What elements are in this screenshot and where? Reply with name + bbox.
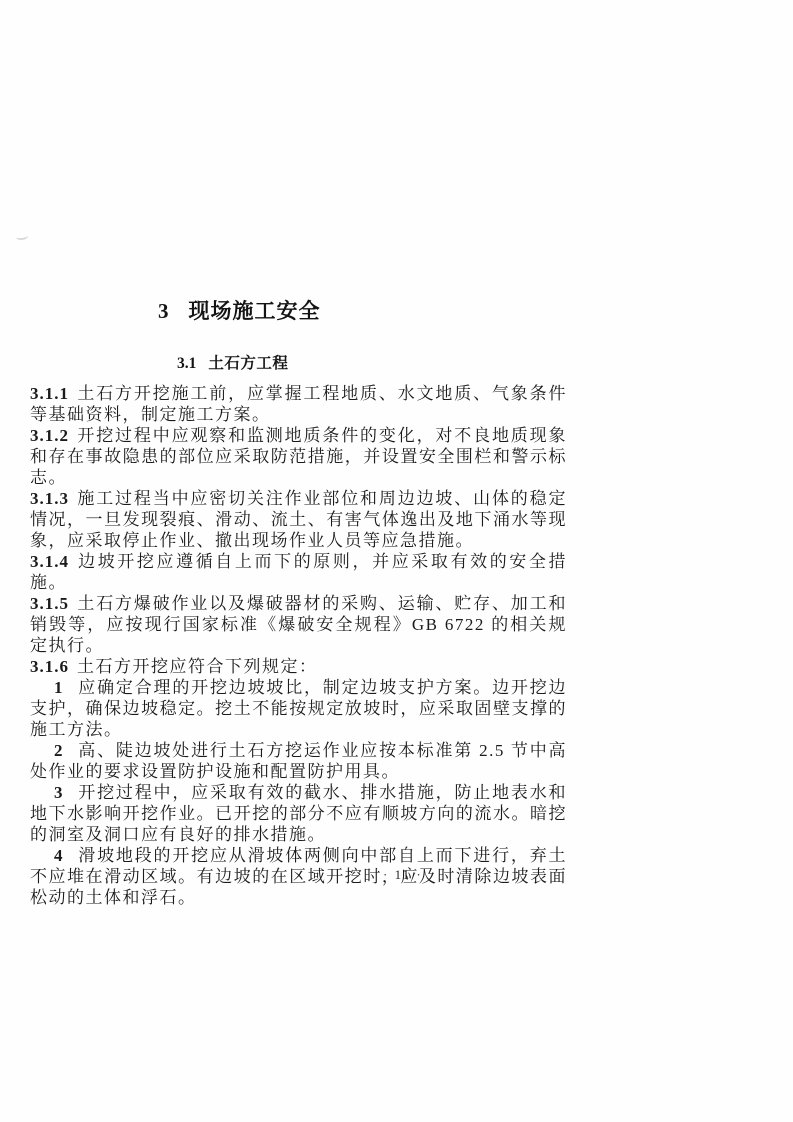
sub-item-text: 滑坡地段的开挖应从滑坡体两侧向中部自上而下进行，弃土不应堆在滑动区域。有边坡的在… — [30, 846, 567, 907]
clause-number: 3.1.5 — [30, 594, 69, 613]
chapter-title: 现场施工安全 — [189, 299, 321, 323]
clause-text: 土石方爆破作业以及爆破器材的采购、运输、贮存、加工和销毁等，应按现行国家标准《爆… — [30, 594, 567, 655]
clause-text: 边坡开挖应遵循自上而下的原则，并应采取有效的安全措施。 — [30, 552, 567, 592]
sub-item-3: 3开挖过程中，应采取有效的截水、排水措施，防止地表水和地下水影响开挖作业。已开挖… — [30, 782, 567, 845]
document-page: 3现场施工安全 3.1土石方工程 3.1.1土石方开挖施工前，应掌握工程地质、水… — [0, 0, 793, 1122]
chapter-heading: 3现场施工安全 — [158, 295, 321, 325]
sub-item-text: 应确定合理的开挖边坡坡比，制定边坡支护方案。边开挖边支护，确保边坡稳定。挖土不能… — [30, 678, 567, 739]
clause-text: 土石方开挖施工前，应掌握工程地质、水文地质、气象条件等基础资料，制定施工方案。 — [30, 384, 567, 424]
section-number: 3.1 — [177, 355, 196, 372]
sub-item-number: 2 — [54, 741, 64, 760]
sub-item-number: 1 — [54, 678, 64, 697]
sub-item-2: 2高、陡边坡处进行土石方挖运作业应按本标准第 2.5 节中高处作业的要求设置防护… — [30, 740, 567, 782]
clause-text: 土石方开挖应符合下列规定： — [77, 657, 318, 676]
clause-text: 开挖过程中应观察和监测地质条件的变化，对不良地质现象和存在事故隐患的部位应采取防… — [30, 426, 567, 487]
clause-3-1-1: 3.1.1土石方开挖施工前，应掌握工程地质、水文地质、气象条件等基础资料，制定施… — [30, 383, 567, 425]
section-heading: 3.1土石方工程 — [177, 351, 288, 373]
scan-artifact — [16, 232, 29, 240]
clause-number: 3.1.1 — [30, 384, 69, 403]
sub-item-number: 3 — [54, 783, 64, 802]
sub-item-1: 1应确定合理的开挖边坡坡比，制定边坡支护方案。边开挖边支护，确保边坡稳定。挖土不… — [30, 677, 567, 740]
clause-3-1-6: 3.1.6土石方开挖应符合下列规定： — [30, 656, 567, 677]
clause-3-1-5: 3.1.5土石方爆破作业以及爆破器材的采购、运输、贮存、加工和销毁等，应按现行国… — [30, 593, 567, 656]
clause-number: 3.1.4 — [30, 552, 69, 571]
chapter-number: 3 — [158, 299, 169, 323]
clause-3-1-2: 3.1.2开挖过程中应观察和监测地质条件的变化，对不良地质现象和存在事故隐患的部… — [30, 425, 567, 488]
sub-item-text: 高、陡边坡处进行土石方挖运作业应按本标准第 2.5 节中高处作业的要求设置防护设… — [30, 741, 567, 781]
clause-number: 3.1.6 — [30, 657, 69, 676]
clause-number: 3.1.3 — [30, 489, 69, 508]
clause-3-1-4: 3.1.4边坡开挖应遵循自上而下的原则，并应采取有效的安全措施。 — [30, 551, 567, 593]
clause-text: 施工过程当中应密切关注作业部位和周边边坡、山体的稳定情况，一旦发现裂痕、滑动、流… — [30, 489, 567, 550]
clause-number: 3.1.2 — [30, 426, 69, 445]
sub-item-4: 4滑坡地段的开挖应从滑坡体两侧向中部自上而下进行，弃土不应堆在滑动区域。有边坡的… — [30, 845, 567, 908]
page-number: · 11 · — [383, 867, 423, 883]
section-title: 土石方工程 — [208, 355, 288, 372]
clause-3-1-3: 3.1.3施工过程当中应密切关注作业部位和周边边坡、山体的稳定情况，一旦发现裂痕… — [30, 488, 567, 551]
sub-item-text: 开挖过程中，应采取有效的截水、排水措施，防止地表水和地下水影响开挖作业。已开挖的… — [30, 783, 567, 844]
body-text: 3.1.1土石方开挖施工前，应掌握工程地质、水文地质、气象条件等基础资料，制定施… — [30, 383, 567, 908]
sub-item-number: 4 — [54, 846, 64, 865]
